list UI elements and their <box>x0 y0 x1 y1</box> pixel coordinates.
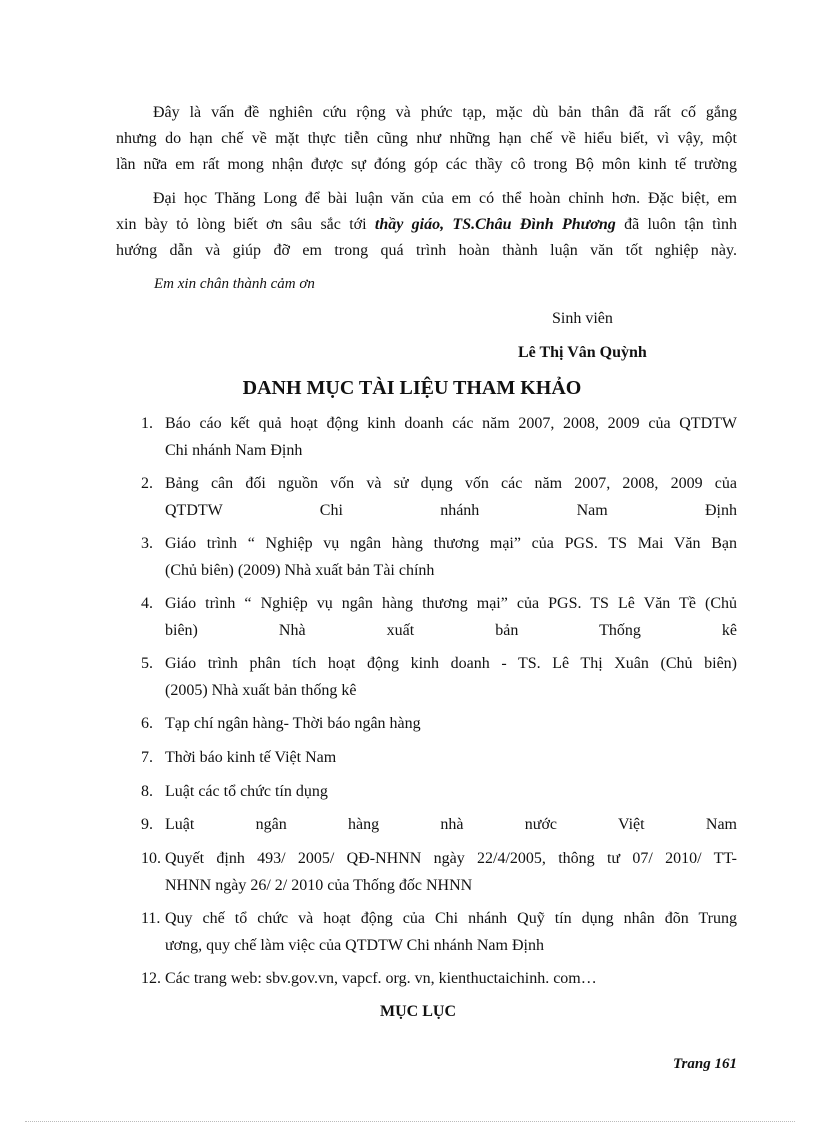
reference-line: Luật các tổ chức tín dụng <box>165 782 328 802</box>
reference-line: biên) Nhà xuất bản Thống kê <box>165 621 737 641</box>
ack-p2-line2: xin bày tỏ lòng biết ơn sâu sắc tới thầy… <box>116 215 737 235</box>
ack-p2-line2-pre: xin bày tỏ lòng biết ơn sâu sắc tới <box>116 216 375 233</box>
reference-line: Tạp chí ngân hàng- Thời báo ngân hàng <box>165 714 421 734</box>
toc-title: MỤC LỤC <box>0 1002 816 1022</box>
reference-number: 12. <box>141 969 161 989</box>
reference-line: Quy chế tổ chức và hoạt động của Chi nhá… <box>165 909 737 929</box>
page-number: Trang 161 <box>673 1056 737 1073</box>
closing-line: Em xin chân thành cảm ơn <box>154 274 315 294</box>
reference-line: (Chủ biên) (2009) Nhà xuất bản Tài chính <box>165 561 434 581</box>
reference-number: 3. <box>141 534 153 554</box>
reference-line: Báo cáo kết quả hoạt động kinh doanh các… <box>165 414 737 434</box>
reference-line: Quyết định 493/ 2005/ QĐ-NHNN ngày 22/4/… <box>165 849 737 869</box>
reference-number: 9. <box>141 815 153 835</box>
page-break-divider <box>25 1121 795 1122</box>
reference-line: Chi nhánh Nam Định <box>165 441 302 461</box>
reference-line: ương, quy chế làm việc của QTDTW Chi nhá… <box>165 936 544 956</box>
signature-name: Lê Thị Vân Quỳnh <box>518 343 647 363</box>
reference-number: 4. <box>141 594 153 614</box>
reference-number: 2. <box>141 474 153 494</box>
reference-line: Thời báo kinh tế Việt Nam <box>165 748 336 768</box>
ack-p2-line3: hướng dẫn và giúp đỡ em trong quá trình … <box>116 241 737 261</box>
reference-line: QTDTW Chi nhánh Nam Định <box>165 501 737 521</box>
ack-p1-line2: nhưng do hạn chế về mặt thực tiễn cũng n… <box>116 129 737 149</box>
reference-line: Luật ngân hàng nhà nước Việt Nam <box>165 815 737 835</box>
reference-line: Giáo trình phân tích hoạt động kinh doan… <box>165 654 737 674</box>
reference-line: Giáo trình “ Nghiệp vụ ngân hàng thương … <box>165 534 737 554</box>
reference-line: (2005) Nhà xuất bản thống kê <box>165 681 357 701</box>
reference-number: 6. <box>141 714 153 734</box>
reference-line: Giáo trình “ Nghiệp vụ ngân hàng thương … <box>165 594 737 614</box>
reference-number: 11. <box>141 909 160 929</box>
advisor-name: thầy giáo, TS.Châu Đình Phương <box>375 216 616 233</box>
ack-p2-line1: Đại học Thăng Long để bài luận văn của e… <box>153 189 737 209</box>
reference-number: 5. <box>141 654 153 674</box>
reference-number: 8. <box>141 782 153 802</box>
ack-p1-line1: Đây là vấn đề nghiên cứu rộng và phức tạ… <box>153 103 737 123</box>
reference-line: Bảng cân đối nguồn vốn và sử dụng vốn cá… <box>165 474 737 494</box>
reference-number: 7. <box>141 748 153 768</box>
document-page: Đây là vấn đề nghiên cứu rộng và phức tạ… <box>0 0 816 1123</box>
signature-role: Sinh viên <box>552 309 613 329</box>
reference-number: 1. <box>141 414 153 434</box>
references-title: DANH MỤC TÀI LIỆU THAM KHẢO <box>0 375 816 401</box>
reference-number: 10. <box>141 849 161 869</box>
reference-line: NHNN ngày 26/ 2/ 2010 của Thống đốc NHNN <box>165 876 472 896</box>
reference-line: Các trang web: sbv.gov.vn, vapcf. org. v… <box>165 969 597 989</box>
ack-p2-line2-post: đã luôn tận tình <box>616 216 737 233</box>
ack-p1-line3: lần nữa em rất mong nhận được sự đóng gó… <box>116 155 737 175</box>
